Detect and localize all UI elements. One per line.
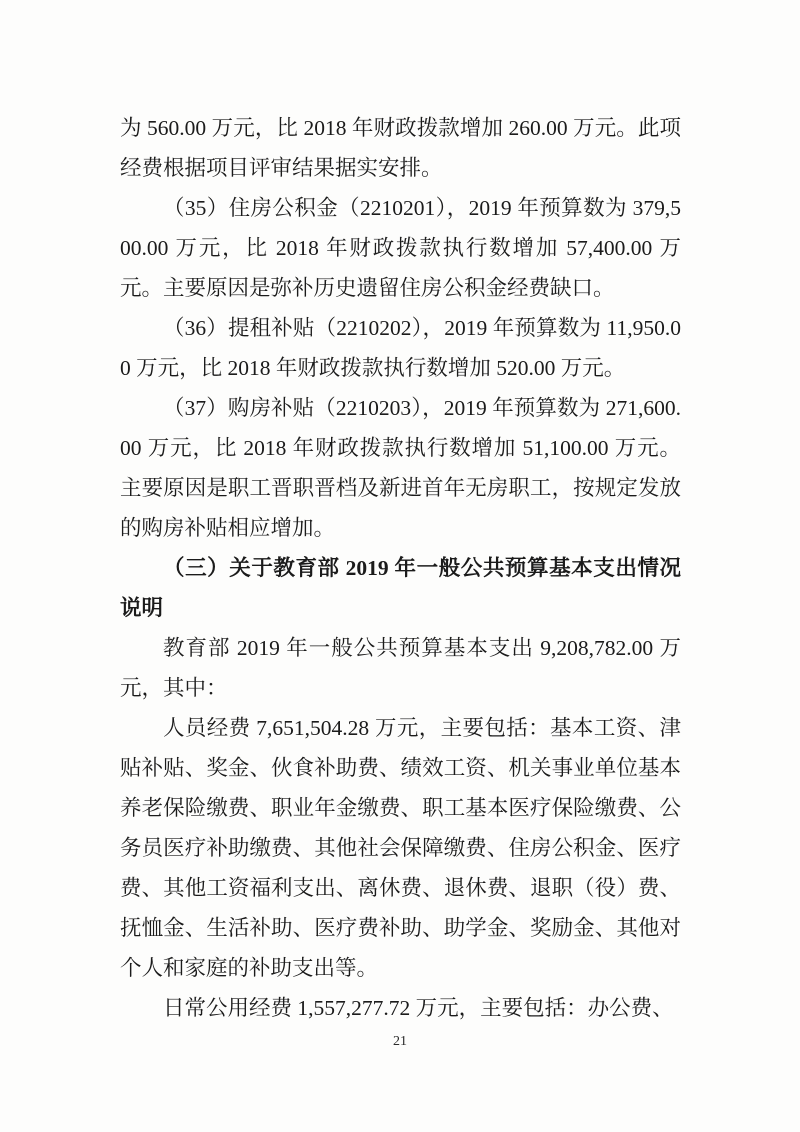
paragraph-daily-public-expenses: 日常公用经费 1,557,277.72 万元，主要包括：办公费、	[120, 988, 681, 1028]
section-heading-basic-expenditure: （三）关于教育部 2019 年一般公共预算基本支出情况说明	[120, 548, 681, 628]
paragraph-item-37-house-purchase-subsidy: （37）购房补贴（2210203），2019 年预算数为 271,600.00 …	[120, 388, 681, 548]
paragraph-continuation: 为 560.00 万元，比 2018 年财政拨款增加 260.00 万元。此项经…	[120, 108, 681, 188]
paragraph-item-35-housing-fund: （35）住房公积金（2210201），2019 年预算数为 379,500.00…	[120, 188, 681, 308]
paragraph-personnel-expenses: 人员经费 7,651,504.28 万元，主要包括：基本工资、津贴补贴、奖金、伙…	[120, 708, 681, 988]
page-number: 21	[0, 1032, 800, 1052]
paragraph-basic-expenditure-total: 教育部 2019 年一般公共预算基本支出 9,208,782.00 万元，其中：	[120, 628, 681, 708]
document-page: 为 560.00 万元，比 2018 年财政拨款增加 260.00 万元。此项经…	[0, 0, 800, 1132]
paragraph-item-36-rent-subsidy: （36）提租补贴（2210202），2019 年预算数为 11,950.00 万…	[120, 308, 681, 388]
document-body: 为 560.00 万元，比 2018 年财政拨款增加 260.00 万元。此项经…	[120, 108, 681, 1028]
